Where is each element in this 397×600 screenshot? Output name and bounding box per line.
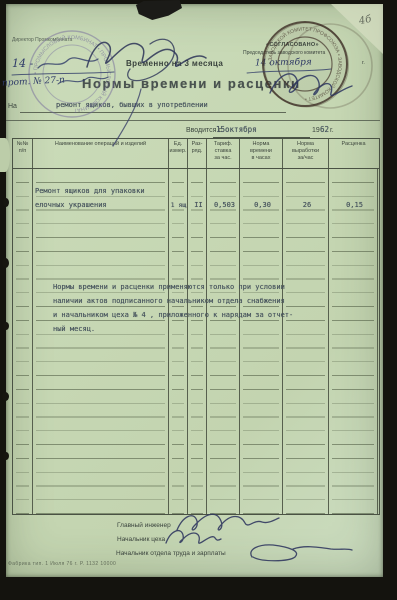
sig-label-shop-chief: Начальник цеха (117, 536, 165, 543)
th-output-norm: Норма выработки за/час (283, 139, 329, 168)
th-time-norm: Норма времени в часах (240, 139, 283, 168)
note-line: ный месяц. (53, 324, 95, 335)
th-grade: Раз- ряд. (188, 139, 207, 168)
entry-output-norm: 26 (284, 200, 330, 211)
entry-tariff-rate: 0,503 (208, 200, 241, 211)
print-shop-imprint: Фабрика тип. 1 Июля 76 г. Р. 1132 10000 (8, 561, 116, 567)
ruled-column (169, 169, 188, 514)
year-typed: 62 (320, 126, 329, 134)
ruled-column (283, 169, 329, 514)
th-rate: Расценка (329, 139, 378, 168)
subject-underline (20, 112, 286, 113)
table-body: Ремонт ящиков для упаковки елочных украш… (13, 169, 379, 514)
year-suffix-right: г. (362, 60, 365, 66)
th-number: №№ п/п (13, 139, 33, 168)
entry-grade: II (189, 200, 208, 211)
binding-hole (3, 198, 9, 207)
th-tariff-rate: Тариф. ставка за час. (207, 139, 240, 168)
binding-hole (3, 452, 9, 460)
binding-hole (3, 322, 9, 330)
binding-hole (2, 258, 9, 268)
entry-rate: 0,15 (330, 200, 379, 211)
year-print: 19 (312, 127, 320, 135)
agreed-label: «СОГЛАСОВАНО» (266, 42, 319, 48)
committee-role-line: Председатель заводского комитета (243, 51, 325, 57)
binding-hole (2, 392, 9, 401)
note-line: наличии актов подписанного начальником о… (53, 296, 285, 307)
th-unit: Ед. измер. (169, 139, 188, 168)
director-role-line: Директор Промкомбината (12, 38, 72, 44)
ruled-column (188, 169, 207, 514)
note-line: и начальником цеха № 4 , приложенного к … (53, 310, 293, 321)
temporary-note: Временно на 3 месяца (126, 59, 223, 68)
sig-label-labor-dept-chief: Начальник отдела труда и зарплаты (116, 550, 226, 557)
sig-label-chief-engineer: Главный инженер (117, 522, 171, 529)
separator-rule (6, 120, 380, 121)
subject-prefix: На (8, 103, 17, 111)
ruled-column (13, 169, 33, 514)
paper-edge-tab (0, 138, 10, 172)
ruled-column (207, 169, 240, 514)
entry-unit: 1 ящ (168, 200, 189, 211)
scanned-document-photo: 4б Директор Промкомбината 14 - прот. № 2… (0, 0, 397, 600)
entry-time-norm: 0,30 (241, 200, 284, 211)
ruled-column (240, 169, 283, 514)
effective-date-typed: 15октября (216, 126, 257, 134)
table-header-row: №№ п/п Наименование операций и изделий Е… (13, 139, 379, 169)
document-title: Нормы времени и расценки (82, 76, 301, 91)
rates-table: №№ п/п Наименование операций и изделий Е… (12, 138, 380, 515)
th-operation-name: Наименование операций и изделий (33, 139, 169, 168)
hand-date-right: 14 октября (255, 58, 312, 69)
subject-typed: ремонт ящиков, бывших в употреблении (56, 102, 208, 110)
year-g: г. (330, 127, 334, 135)
ruled-column (33, 169, 169, 514)
hand-date-left: 14 - (12, 57, 33, 70)
note-line: Нормы времени и расценки применяются тол… (53, 282, 285, 293)
ruled-column (329, 169, 378, 514)
entry-name-line1: Ремонт ящиков для упаковки (35, 186, 145, 197)
entry-name-line2: елочных украшения (35, 200, 107, 211)
